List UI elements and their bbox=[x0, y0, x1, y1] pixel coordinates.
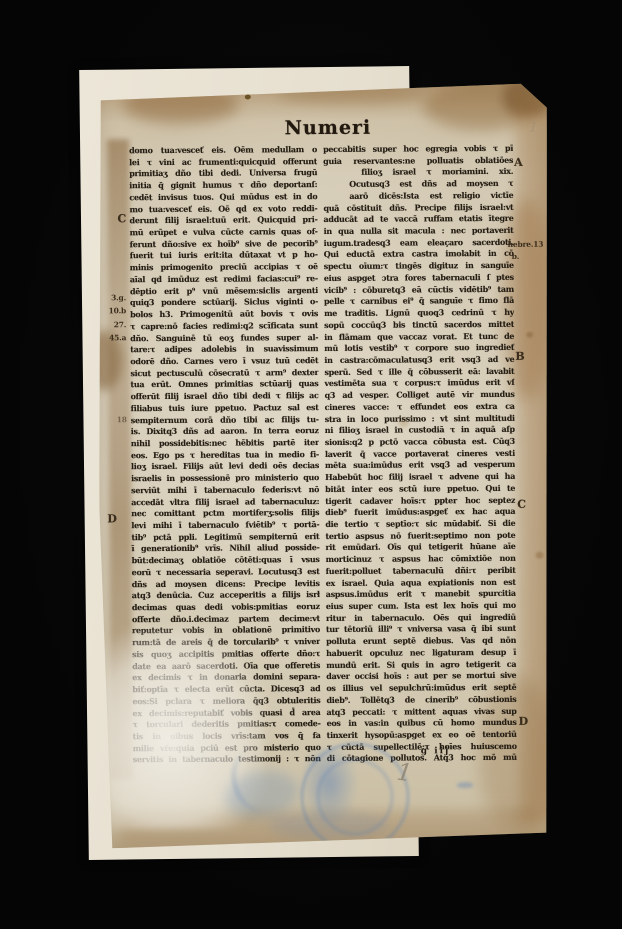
text-line: spectu oīum:τ tingēs digituz in sanguīe bbox=[324, 260, 514, 273]
text-line: biť:optīa τ electa erūt cūcta. Dicesq3 a… bbox=[132, 683, 320, 696]
text-line: tinxerit hysopū:aspget ex eo oē tentoriū bbox=[327, 729, 517, 742]
margin-ref-faint: 18 bbox=[101, 415, 127, 424]
margin-ref-hebrews: hebre.13 bbox=[508, 240, 550, 249]
pencil-folio-top: 1 bbox=[528, 119, 538, 136]
text-line: filiabus tuis iure ppetuo. Pactuz sal es… bbox=[131, 402, 319, 415]
text-line: polluta erunt septē diebus. Vas qd nōn bbox=[326, 635, 516, 648]
stamp-dash bbox=[457, 782, 473, 788]
text-line: die tertio τ septīo:τ sic mūdabiť. Si di… bbox=[325, 518, 515, 531]
stain-speck bbox=[526, 332, 533, 338]
text-line: aīal qd imūduz est redimi facias:cui⁹ re… bbox=[130, 273, 318, 286]
stain-corner bbox=[503, 78, 553, 116]
stamp-ink-bleed bbox=[269, 811, 389, 840]
section-letter-a: A bbox=[514, 156, 523, 169]
text-line: eius super cum. Ista est lex hoīs qui mo bbox=[326, 600, 516, 613]
text-line: būt:decimaʒ oblatiōe cōtēti:quas ī vsus bbox=[132, 554, 320, 567]
stain-right-edge bbox=[517, 102, 555, 822]
quire-signature: g iij bbox=[421, 746, 451, 756]
text-line: peccabitis super hoc egregia vobis τ pī bbox=[323, 143, 513, 156]
text-line: sopū coccūq3 bis tinctū sacerdos mittet bbox=[324, 319, 514, 332]
section-letter-left-d: D bbox=[107, 512, 117, 525]
text-line: in castra:cōmaculatusq3 erit vsq3 ad ve bbox=[324, 354, 514, 367]
margin-ref: 27. bbox=[98, 320, 126, 329]
text-line: odorē dño. Carnes vero ī vsuz tuū cedēt bbox=[130, 355, 318, 368]
text-line: tis in oībus locis vrīs:tam vos q̄ fa bbox=[133, 730, 321, 743]
running-title: Numeri bbox=[243, 116, 413, 139]
text-line: fuerit:polluet tabernaculū dñi:τ peribit bbox=[326, 565, 516, 578]
book-page: Numeri 1 domo tua:vesceť eis. Oēm medull… bbox=[97, 82, 554, 849]
text-line: Ocutusq3 est dñs ad moysen τ bbox=[323, 178, 513, 191]
stain-speck bbox=[536, 552, 544, 559]
text-line: initia q̄ gignit humus τ dño deportanſ: bbox=[129, 179, 317, 192]
text-column-left: domo tua:vesceť eis. Oēm medullam olei τ… bbox=[129, 144, 321, 766]
text-line: israelis in possessionē pro ministerio q… bbox=[131, 472, 319, 485]
text-line: serviūt mihi ī tabernaculo federis:vt nō bbox=[131, 484, 319, 497]
text-line: tare:τ adipes adolebis in suavissimum bbox=[130, 343, 318, 356]
margin-ref-hebrews-b: b. bbox=[512, 252, 520, 261]
text-line: q3 ad vesper. Colliget autē vir mundus bbox=[325, 389, 515, 402]
text-column-right: peccabitis super hoc egregia vobis τ pīg… bbox=[323, 143, 517, 765]
section-letter-b: B bbox=[515, 350, 524, 363]
text-line: morticinuz τ aspsus hac cōmixtiōe non bbox=[326, 553, 516, 566]
text-line: dieb⁹. Tollētq3 de cinerib⁹ cōbustionis bbox=[326, 694, 516, 707]
text-line: levi mihi ī tabernaculo ſviētib⁹ τ portā… bbox=[131, 519, 319, 532]
text-line: os illius vel sepulchrū:imūdus erit sept… bbox=[326, 682, 516, 695]
stain-top-right bbox=[423, 82, 541, 131]
photo-background: Numeri 1 domo tua:vesceť eis. Oēm medull… bbox=[0, 0, 622, 929]
stamp-smudge bbox=[221, 765, 302, 824]
text-line: mū erūpet e vulva cūcte carnis quas of- bbox=[130, 226, 318, 239]
text-line: Habebūt hoc filij israel τ advene qui ha bbox=[325, 471, 515, 484]
text-line: eorū τ necessaria seperavi. Locutusq3 es… bbox=[132, 566, 320, 579]
text-line: decimas quas dedi vobis:pmitias eoruz bbox=[132, 601, 320, 614]
pencil-folio-bottom: 1 bbox=[395, 758, 414, 788]
text-line: servitis in tabernaculo testimonij : τ n… bbox=[133, 753, 321, 766]
text-line: sis quoʒ accipitis pmitias offerte dño:τ bbox=[132, 648, 320, 661]
section-letter-c: C bbox=[517, 498, 526, 511]
text-line: in qua nulla sit macula : nec portaverit bbox=[324, 225, 514, 238]
text-line: rum:tā de areis q̄ de torcularib⁹ τ vniv… bbox=[132, 636, 320, 649]
text-line: τ capre:nō facies redimi:q2 scīficata su… bbox=[130, 320, 318, 333]
text-line: bolos h3. Primogenitū aūt bovis τ ovis bbox=[130, 308, 318, 321]
section-letter-d: D bbox=[519, 715, 529, 728]
text-line: cineres vacce: τ effundet eos extra ca bbox=[325, 401, 515, 414]
text-line: cedēt invisus tuos. Qui mūdus est in do bbox=[129, 191, 317, 204]
text-line: eius aspget ɔtra fores tabernaculi ſ pte… bbox=[324, 272, 514, 285]
section-letter-left-c: C bbox=[117, 212, 126, 225]
text-line: aarō dicēs:Ista est religio victīe bbox=[323, 190, 513, 203]
text-line: eos:Si pclara τ meliora q̄q3 obtuleritis bbox=[132, 695, 320, 708]
stain-speck bbox=[245, 94, 251, 99]
margin-ref: 3.g. bbox=[98, 293, 126, 302]
text-line: offerūt filij israel dño tibi dedi τ fil… bbox=[131, 390, 319, 403]
text-line: habuerit opculuz nec ligaturam desup ī bbox=[326, 647, 516, 660]
text-line: me traditis. Lignū quoq3 cedrinū τ hy bbox=[324, 307, 514, 320]
library-stamp-inner-ring bbox=[317, 759, 393, 835]
text-line: nihil possidebitis:nec hēbitis partē ite… bbox=[131, 437, 319, 450]
text-line: minis primogenito preciū accipias τ oē bbox=[130, 261, 318, 274]
margin-ref: 10.b bbox=[98, 306, 126, 315]
text-line: domo tua:vesceť eis. Oēm medullam o bbox=[129, 144, 317, 157]
text-line: sionis:q2 p pctō vacca cōbusta est. Cūq3 bbox=[325, 436, 515, 449]
text-line: bitāt inter eos sctū iure ppetuo. Qui te bbox=[325, 483, 515, 496]
